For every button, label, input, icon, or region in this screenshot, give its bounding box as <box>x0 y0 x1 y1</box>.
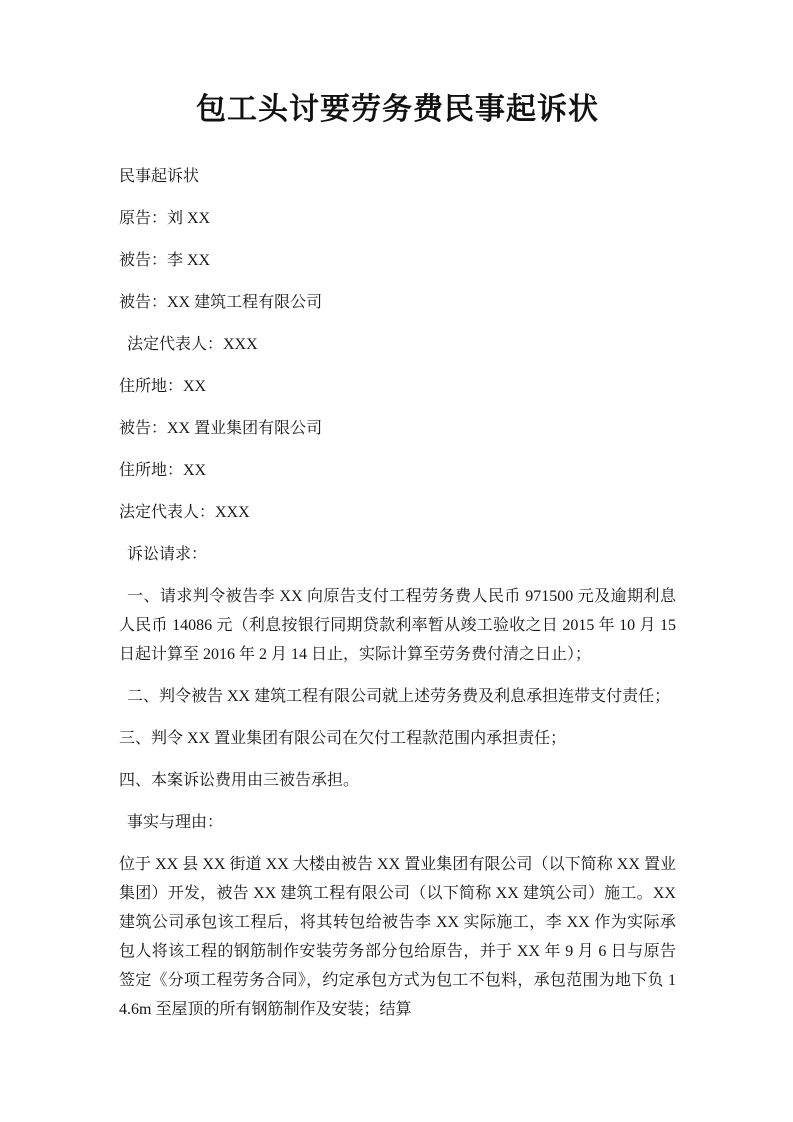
paragraph-legal-rep-1: 法定代表人：XXX <box>119 330 676 359</box>
paragraph-facts-heading: 事实与理由： <box>119 808 676 837</box>
paragraph-doc-type: 民事起诉状 <box>119 162 676 191</box>
paragraph-claim-4: 四、本案诉讼费用由三被告承担。 <box>119 766 676 795</box>
paragraph-claim-3: 三、判令 XX 置业集团有限公司在欠付工程款范围内承担责任； <box>119 724 676 753</box>
paragraph-defendant-1: 被告：李 XX <box>119 246 676 275</box>
document-page: 包工头讨要劳务费民事起诉状 民事起诉状 原告：刘 XX 被告：李 XX 被告：X… <box>0 0 793 1122</box>
paragraph-domicile-2: 住所地：XX <box>119 456 676 485</box>
paragraph-claims-heading: 诉讼请求： <box>119 540 676 569</box>
document-title: 包工头讨要劳务费民事起诉状 <box>119 88 676 132</box>
paragraph-claim-2: 二、判令被告 XX 建筑工程有限公司就上述劳务费及利息承担连带支付责任； <box>119 682 676 711</box>
paragraph-plaintiff: 原告：刘 XX <box>119 204 676 233</box>
paragraph-domicile-1: 住所地：XX <box>119 372 676 401</box>
paragraph-facts-body: 位于 XX 县 XX 街道 XX 大楼由被告 XX 置业集团有限公司（以下简称 … <box>119 850 676 1024</box>
paragraph-defendant-3: 被告：XX 置业集团有限公司 <box>119 414 676 443</box>
paragraph-legal-rep-2: 法定代表人：XXX <box>119 498 676 527</box>
paragraph-defendant-2: 被告：XX 建筑工程有限公司 <box>119 288 676 317</box>
paragraph-claim-1: 一、请求判令被告李 XX 向原告支付工程劳务费人民币 971500 元及逾期利息… <box>119 582 676 669</box>
